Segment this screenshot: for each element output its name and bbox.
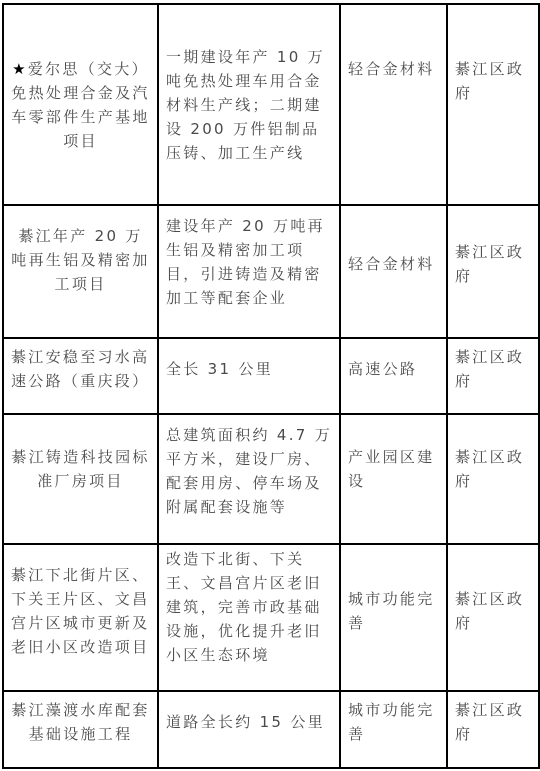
- project-name: 綦江下北街片区、下关王片区、文昌宫片区城市更新及老旧小区改造项目: [3, 544, 158, 691]
- project-owner: 綦江区政府: [447, 414, 539, 544]
- project-name: 綦江藻渡水库配套基础设施工程: [3, 691, 158, 768]
- table-row: 綦江下北街片区、下关王片区、文昌宫片区城市更新及老旧小区改造项目 改造下北街、下…: [3, 544, 539, 691]
- project-content: 改造下北街、下关王、文昌宫片区老旧建筑，完善市政基础设施，优化提升老旧小区生态环…: [158, 544, 340, 691]
- project-category: 城市功能完善: [340, 691, 447, 768]
- star-icon: ★: [12, 60, 28, 78]
- project-content: 道路全长约 15 公里: [158, 691, 340, 768]
- project-category: 高速公路: [340, 338, 447, 414]
- table-row: 綦江安稳至习水高速公路（重庆段） 全长 31 公里 高速公路 綦江区政府: [3, 338, 539, 414]
- project-category: 轻合金材料: [340, 4, 447, 205]
- project-name: 綦江铸造科技园标准厂房项目: [3, 414, 158, 544]
- project-category: 产业园区建设: [340, 414, 447, 544]
- project-owner: 綦江区政府: [447, 544, 539, 691]
- table-row: 綦江年产 20 万吨再生铝及精密加工项目 建设年产 20 万吨再生铝及精密加工项…: [3, 205, 539, 338]
- project-content: 全长 31 公里: [158, 338, 340, 414]
- project-name: 綦江年产 20 万吨再生铝及精密加工项目: [3, 205, 158, 338]
- project-owner: 綦江区政府: [447, 691, 539, 768]
- project-owner: 綦江区政府: [447, 338, 539, 414]
- project-content: 一期建设年产 10 万吨免热处理车用合金材料生产线；二期建设 200 万件铝制品…: [158, 4, 340, 205]
- project-name: 爱尔思（交大）免热处理合金及汽车零部件生产基地项目: [11, 60, 149, 150]
- table-row: ★爱尔思（交大）免热处理合金及汽车零部件生产基地项目 一期建设年产 10 万吨免…: [3, 4, 539, 205]
- project-name-cell: ★爱尔思（交大）免热处理合金及汽车零部件生产基地项目: [3, 4, 158, 205]
- table-row: 綦江藻渡水库配套基础设施工程 道路全长约 15 公里 城市功能完善 綦江区政府: [3, 691, 539, 768]
- project-name: 綦江安稳至习水高速公路（重庆段）: [3, 338, 158, 414]
- project-category: 城市功能完善: [340, 544, 447, 691]
- project-table: ★爱尔思（交大）免热处理合金及汽车零部件生产基地项目 一期建设年产 10 万吨免…: [2, 3, 540, 769]
- project-content: 总建筑面积约 4.7 万平方米，建设厂房、配套用房、停车场及附属配套设施等: [158, 414, 340, 544]
- project-owner: 綦江区政府: [447, 4, 539, 205]
- project-owner: 綦江区政府: [447, 205, 539, 338]
- table-row: 綦江铸造科技园标准厂房项目 总建筑面积约 4.7 万平方米，建设厂房、配套用房、…: [3, 414, 539, 544]
- project-content: 建设年产 20 万吨再生铝及精密加工项目，引进铸造及精密加工等配套企业: [158, 205, 340, 338]
- project-category: 轻合金材料: [340, 205, 447, 338]
